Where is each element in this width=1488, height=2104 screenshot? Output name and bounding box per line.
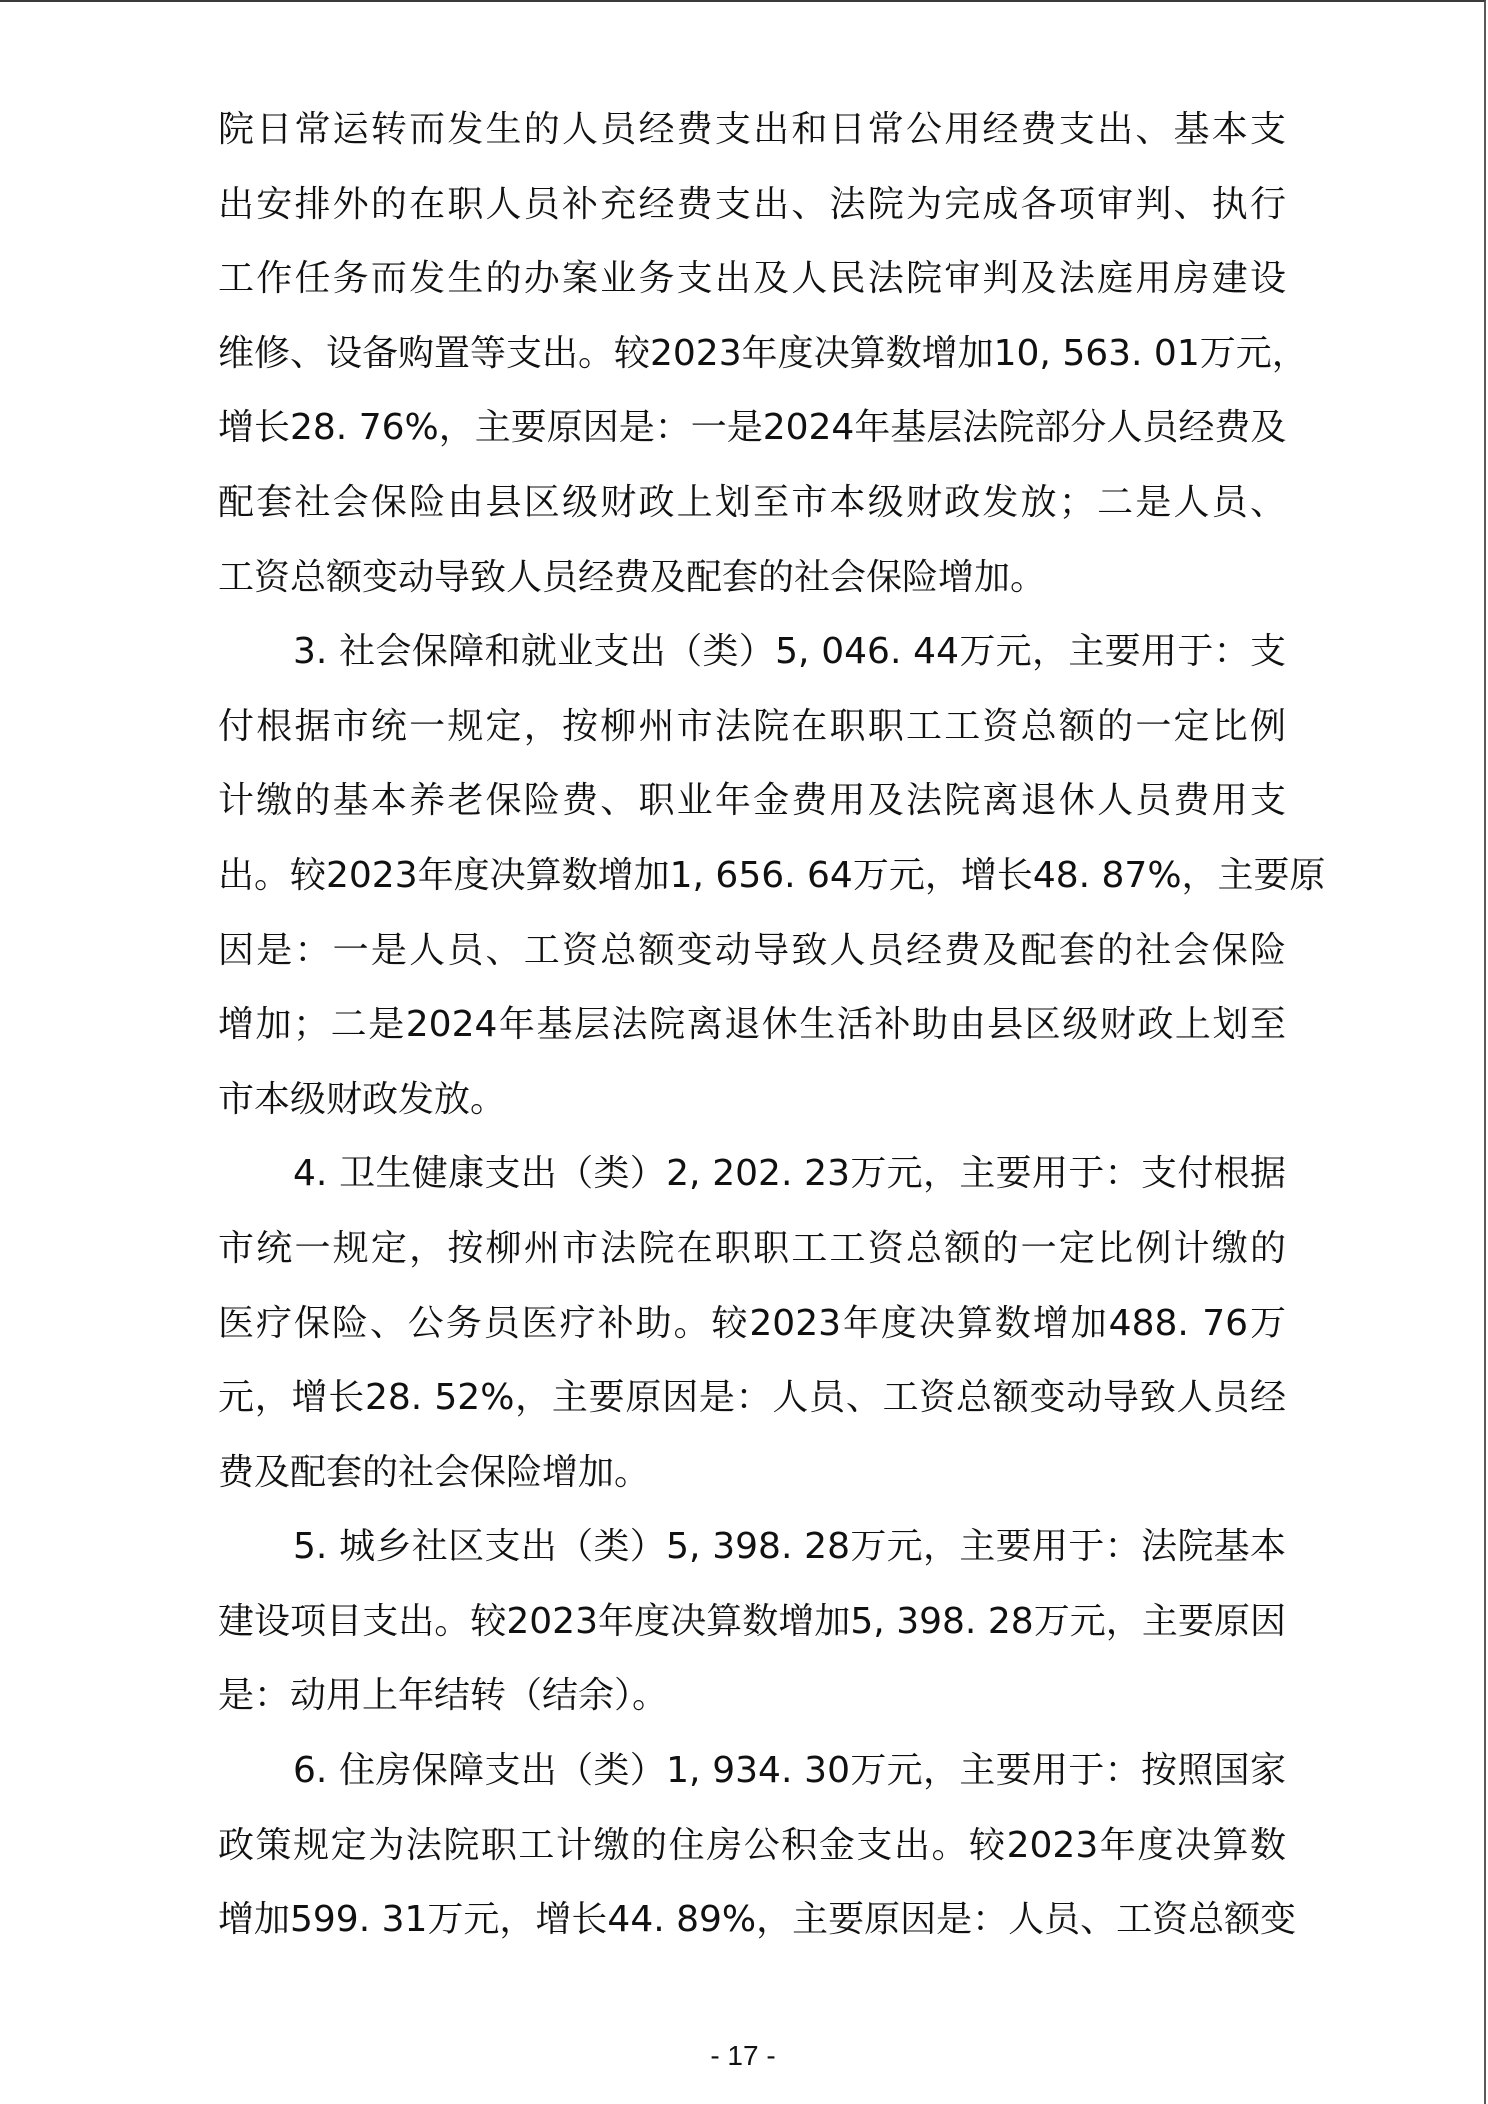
text-line: 增加；二是2024年基层法院离退休生活补助由县区级财政上划至 <box>218 988 1286 1063</box>
text-line: 建设项目支出。较2023年度决算数增加5, 398. 28万元，主要原因 <box>218 1585 1286 1660</box>
text-line: 元，增长28. 52%，主要原因是：人员、工资总额变动导致人员经 <box>218 1361 1286 1436</box>
text-line: 政策规定为法院职工计缴的住房公积金支出。较2023年度决算数 <box>218 1809 1286 1884</box>
text-line: 配套社会保险由县区级财政上划至市本级财政发放；二是人员、 <box>218 466 1286 541</box>
page-number: - 17 - <box>0 2040 1486 2072</box>
item-6-heading-line: 6. 住房保障支出（类）1, 934. 30万元，主要用于：按照国家 <box>218 1734 1286 1809</box>
text-line: 出安排外的在职人员补充经费支出、法院为完成各项审判、执行 <box>218 168 1286 243</box>
text-line: 医疗保险、公务员医疗补助。较2023年度决算数增加488. 76万 <box>218 1287 1286 1362</box>
text-line: 市本级财政发放。 <box>218 1063 1286 1138</box>
text-line: 院日常运转而发生的人员经费支出和日常公用经费支出、基本支 <box>218 93 1286 168</box>
text-line: 工作任务而发生的办案业务支出及人民法院审判及法庭用房建设 <box>218 242 1286 317</box>
item-4-heading-line: 4. 卫生健康支出（类）2, 202. 23万元，主要用于：支付根据 <box>218 1137 1286 1212</box>
text-line: 市统一规定，按柳州市法院在职职工工资总额的一定比例计缴的 <box>218 1212 1286 1287</box>
document-page: 院日常运转而发生的人员经费支出和日常公用经费支出、基本支 出安排外的在职人员补充… <box>0 0 1486 2104</box>
text-line: 增加599. 31万元，增长44. 89%，主要原因是：人员、工资总额变 <box>218 1883 1286 1958</box>
text-line: 是：动用上年结转（结余）。 <box>218 1659 1286 1734</box>
text-line: 计缴的基本养老保险费、职业年金费用及法院离退休人员费用支 <box>218 764 1286 839</box>
text-line: 出。较2023年度决算数增加1, 656. 64万元，增长48. 87%，主要原 <box>218 839 1286 914</box>
text-line: 维修、设备购置等支出。较2023年度决算数增加10, 563. 01万元， <box>218 317 1286 392</box>
text-line: 工资总额变动导致人员经费及配套的社会保险增加。 <box>218 541 1286 616</box>
text-line: 付根据市统一规定，按柳州市法院在职职工工资总额的一定比例 <box>218 690 1286 765</box>
item-3-heading-line: 3. 社会保障和就业支出（类）5, 046. 44万元，主要用于：支 <box>218 615 1286 690</box>
text-line: 增长28. 76%，主要原因是：一是2024年基层法院部分人员经费及 <box>218 391 1286 466</box>
body-text: 院日常运转而发生的人员经费支出和日常公用经费支出、基本支 出安排外的在职人员补充… <box>218 93 1286 1958</box>
text-line: 因是：一是人员、工资总额变动导致人员经费及配套的社会保险 <box>218 914 1286 989</box>
item-5-heading-line: 5. 城乡社区支出（类）5, 398. 28万元，主要用于：法院基本 <box>218 1510 1286 1585</box>
text-line: 费及配套的社会保险增加。 <box>218 1436 1286 1511</box>
